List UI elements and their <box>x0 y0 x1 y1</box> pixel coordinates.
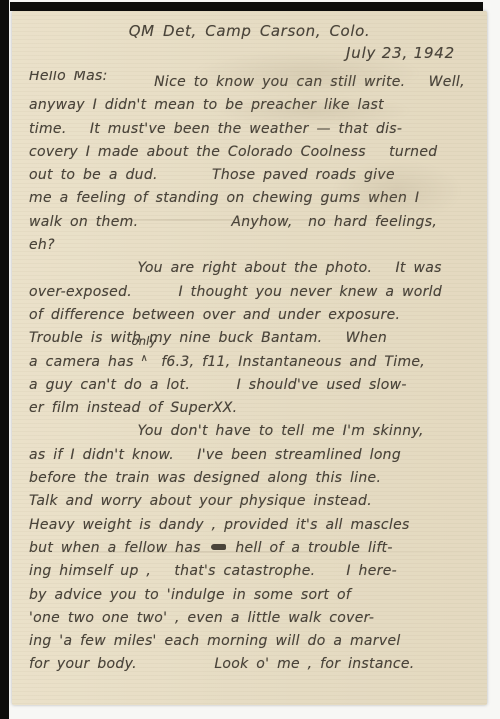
letter-page: QM Det, Camp Carson, Colo. July 23, 1942… <box>12 11 487 705</box>
paper-crease <box>12 219 487 221</box>
letter-line: but when a fellow has hell of a trouble … <box>29 537 479 560</box>
letter-line: anyway I didn't mean to be preacher like… <box>29 94 479 117</box>
letter-line: out to be a dud. Those paved roads give <box>29 164 479 187</box>
letter-line: eh? <box>29 234 479 257</box>
letter-salutation: Hello Mas: <box>29 71 108 84</box>
letter-line: me a feeling of standing on chewing gums… <box>29 187 479 210</box>
letter-line: Trouble is with my nine buck Bantam. Whe… <box>29 327 479 350</box>
scan-edge-left <box>0 0 9 719</box>
letter-line: of difference between over and under exp… <box>29 304 479 327</box>
letter-line: walk on them. Anyhow, no hard feelings, <box>29 211 479 234</box>
letter-line: before the train was designed along this… <box>29 467 479 490</box>
letter-line: You are right about the photo. It was <box>29 257 479 280</box>
letter-line: covery I made about the Colorado Coolnes… <box>29 141 479 164</box>
letter-line: Talk and worry about your physique inste… <box>29 490 479 513</box>
letter-line: ing himself up , that's catastrophe. I h… <box>29 560 479 583</box>
letter-line: 'one two one two' , even a little walk c… <box>29 607 479 630</box>
letter-line: Hello Mas: Nice to know you can still wr… <box>29 71 479 94</box>
letter-line: as if I didn't know. I've been streamlin… <box>29 444 479 467</box>
letter-line: a guy can't do a lot. I should've used s… <box>29 374 479 397</box>
letter-line: Heavy weight is dandy , provided it's al… <box>29 514 479 537</box>
letter-heading: QM Det, Camp Carson, Colo. <box>12 22 487 40</box>
paper-crease <box>12 551 487 553</box>
letter-line: over-exposed. I thought you never knew a… <box>29 281 479 304</box>
letter-line: by advice you to 'indulge in some sort o… <box>29 584 479 607</box>
letter-line: for your body. Look o' me , for instance… <box>29 653 479 676</box>
letter-line: er film instead of SuperXX. <box>29 397 479 420</box>
inserted-word: only∧ <box>141 352 153 366</box>
letter-line: ing 'a few miles' each morning will do a… <box>29 630 479 653</box>
letter-line: You don't have to tell me I'm skinny, <box>29 420 479 443</box>
letter-line: a camera has only∧ f6.3, f11, Instantane… <box>29 351 479 374</box>
letter-body: Hello Mas: Nice to know you can still wr… <box>12 71 487 677</box>
letter-date: July 23, 1942 <box>12 44 487 62</box>
crossed-out-word <box>211 544 226 550</box>
letter-line: time. It must've been the weather — that… <box>29 118 479 141</box>
insertion-caret-icon: ∧ <box>140 347 148 370</box>
scan-edge-top <box>10 2 483 11</box>
